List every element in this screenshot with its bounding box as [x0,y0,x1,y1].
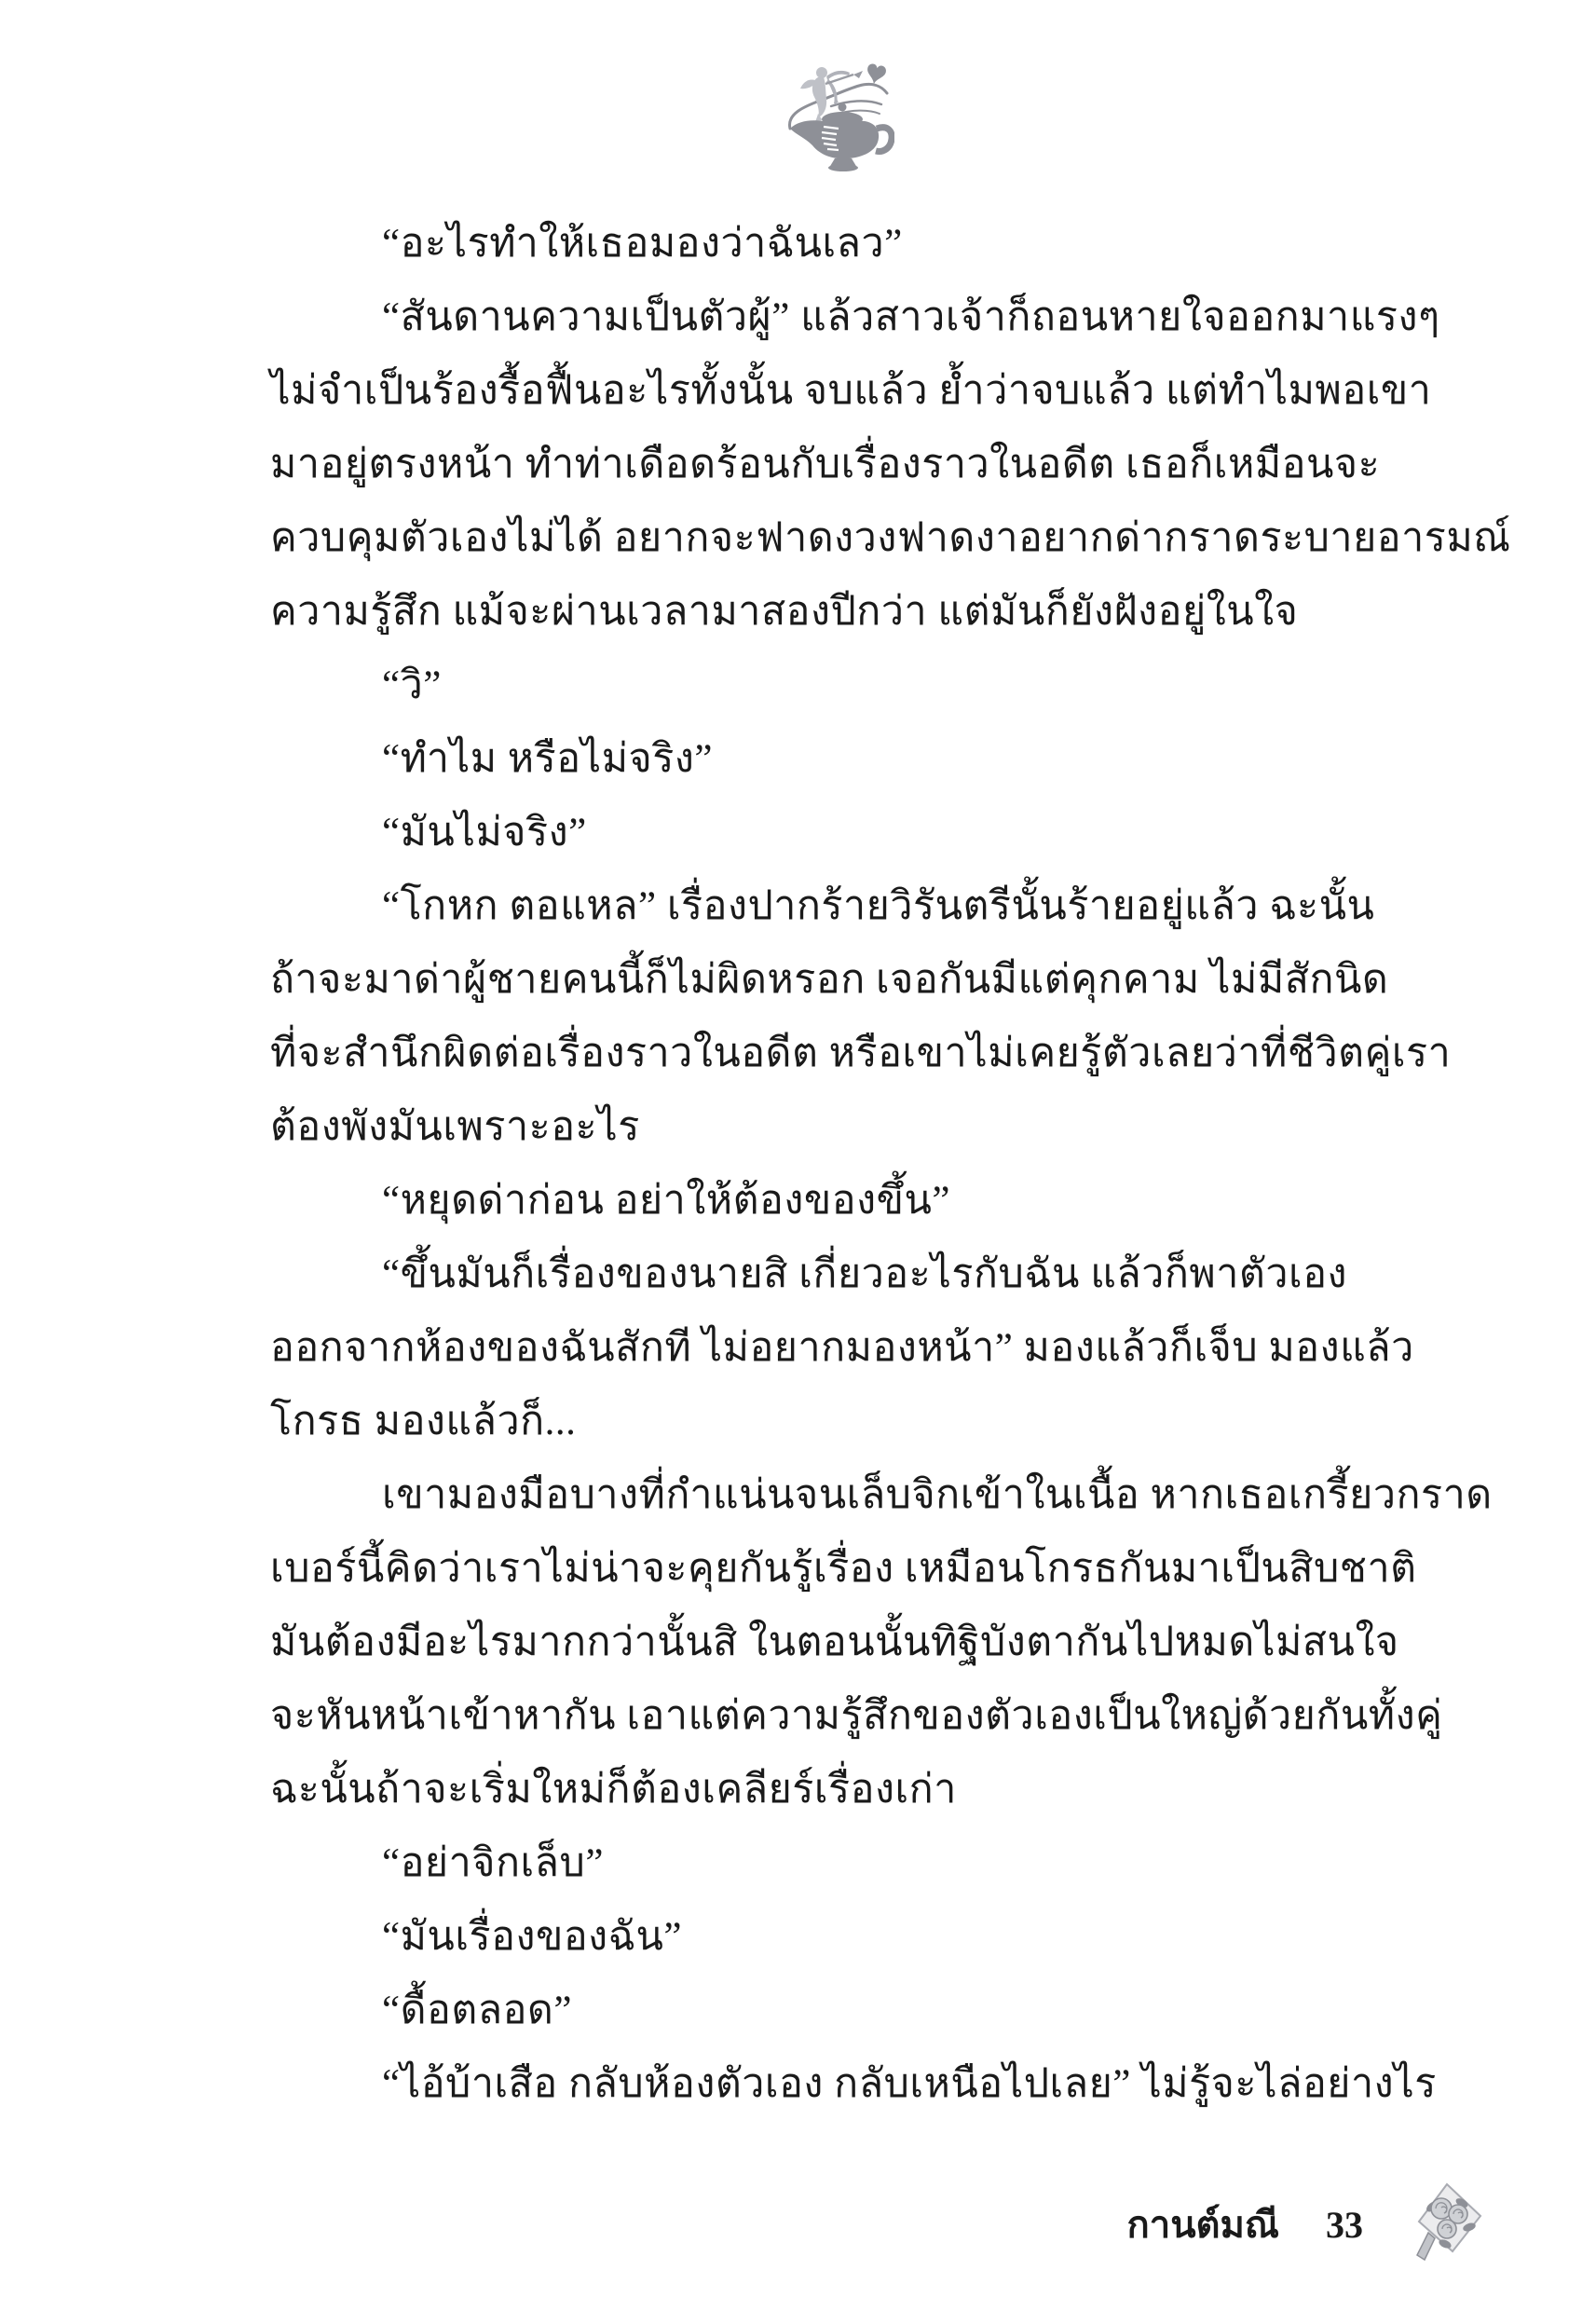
text-line: “มันไม่จริง” [270,796,1425,869]
text-line: “สันดานความเป็นตัวผู้” แล้วสาวเจ้าก็ถอนห… [270,280,1425,354]
text-line: โกรธ มองแล้วก็... [270,1385,1425,1458]
text-line: เบอร์นี้คิดว่าเราไม่น่าจะคุยกันรู้เรื่อง… [270,1532,1425,1606]
paragraph: “มันเรื่องของฉัน” [270,1900,1425,1974]
body-text: “อะไรทำให้เธอมองว่าฉันเลว”“สันดานความเป็… [270,207,1425,2121]
page-number: 33 [1326,2181,1363,2269]
paragraph: “อะไรทำให้เธอมองว่าฉันเลว” [270,207,1425,280]
text-line: มาอยู่ตรงหน้า ทำท่าเดือดร้อนกับเรื่องราว… [270,428,1425,501]
text-line: “โกหก ตอแหล” เรื่องปากร้ายวิรันตรีนั้นร้… [270,869,1425,943]
text-line: “ทำไม หรือไม่จริง” [270,722,1425,796]
paragraph: “ทำไม หรือไม่จริง” [270,722,1425,796]
text-line: ควบคุมตัวเองไม่ได้ อยากจะฟาดงวงฟาดงาอยาก… [270,501,1425,575]
footer-text: กานต์มณี 33 [1127,2181,1363,2269]
text-line: ถ้าจะมาด่าผู้ชายคนนี้ก็ไม่ผิดหรอก เจอกัน… [270,943,1425,1017]
text-line: “ไอ้บ้าเสือ กลับห้องตัวเอง กลับเหนือไปเล… [270,2047,1425,2121]
text-line: ออกจากห้องของฉันสักที ไม่อยากมองหน้า” มอ… [270,1311,1425,1385]
text-line: “ดื้อตลอด” [270,1974,1425,2047]
paragraph: “โกหก ตอแหล” เรื่องปากร้ายวิรันตรีนั้นร้… [270,869,1425,1164]
cupid-genie-lamp-ornament [784,58,894,171]
text-line: “อย่าจิกเล็บ” [270,1826,1425,1900]
text-line: “วิ” [270,649,1425,722]
paragraph: เขามองมือบางที่กำแน่นจนเล็บจิกเข้าในเนื้… [270,1458,1425,1826]
book-page: “อะไรทำให้เธอมองว่าฉันเลว”“สันดานความเป็… [0,0,1596,2311]
text-line: ต้องพังมันเพราะอะไร [270,1090,1425,1164]
text-line: “หยุดด่าก่อน อย่าให้ต้องของขึ้น” [270,1164,1425,1238]
text-line: ฉะนั้นถ้าจะเริ่มใหม่ก็ต้องเคลียร์เรื่องเ… [270,1753,1425,1826]
paragraph: “ขึ้นมันก็เรื่องของนายสิ เกี่ยวอะไรกับฉั… [270,1238,1425,1458]
text-line: จะหันหน้าเข้าหากัน เอาแต่ความรู้สึกของตั… [270,1679,1425,1753]
book-title: กานต์มณี [1127,2181,1279,2269]
text-line: เขามองมือบางที่กำแน่นจนเล็บจิกเข้าในเนื้… [270,1458,1425,1532]
paragraph: “ดื้อตลอด” [270,1974,1425,2047]
text-line: ไม่จำเป็นร้องรื้อฟื้นอะไรทั้งนั้น จบแล้ว… [270,354,1425,428]
paragraph: “หยุดด่าก่อน อย่าให้ต้องของขึ้น” [270,1164,1425,1238]
paragraph: “วิ” [270,649,1425,722]
text-line: “ขึ้นมันก็เรื่องของนายสิ เกี่ยวอะไรกับฉั… [270,1238,1425,1311]
text-line: ความรู้สึก แม้จะผ่านเวลามาสองปีกว่า แต่ม… [270,575,1425,649]
text-line: “มันเรื่องของฉัน” [270,1900,1425,1974]
text-line: ที่จะสำนึกผิดต่อเรื่องราวในอดีต หรือเขาไ… [270,1017,1425,1090]
text-line: มันต้องมีอะไรมากกว่านั้นสิ ในตอนนั้นทิฐิ… [270,1606,1425,1679]
paragraph: “สันดานความเป็นตัวผู้” แล้วสาวเจ้าก็ถอนห… [270,280,1425,649]
paragraph: “อย่าจิกเล็บ” [270,1826,1425,1900]
text-line: “อะไรทำให้เธอมองว่าฉันเลว” [270,207,1425,280]
page-footer: กานต์มณี 33 [1127,2179,1486,2270]
paragraph: “มันไม่จริง” [270,796,1425,869]
paragraph: “ไอ้บ้าเสือ กลับห้องตัวเอง กลับเหนือไปเล… [270,2047,1425,2121]
flower-bouquet-icon [1404,2179,1486,2270]
